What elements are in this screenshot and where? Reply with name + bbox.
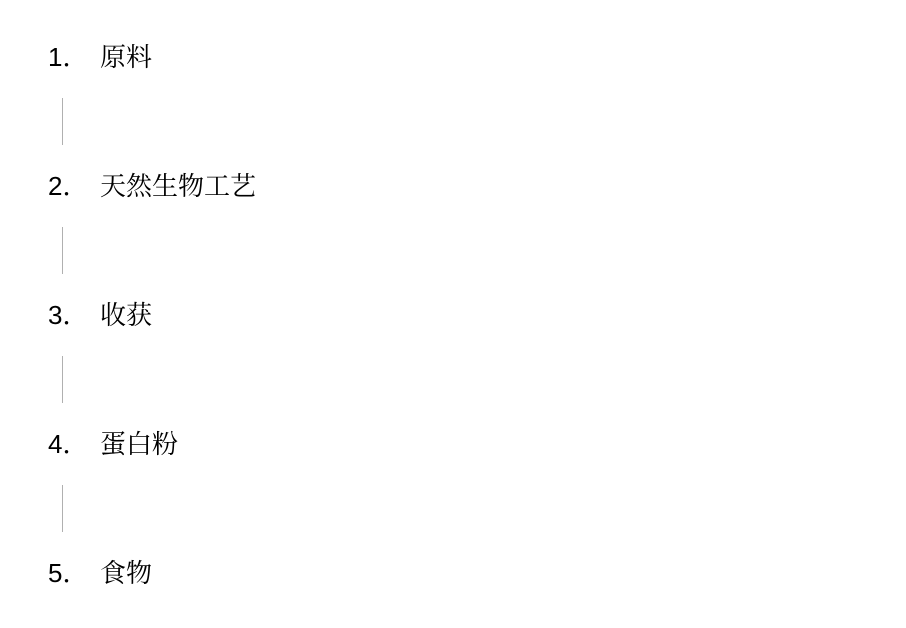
step-number: 2． (48, 168, 100, 204)
step-number: 1． (48, 39, 100, 75)
flow-step-1: 1． 原料 (48, 39, 906, 75)
step-label: 天然生物工艺 (100, 168, 256, 204)
flow-step-4: 4． 蛋白粉 (48, 426, 906, 462)
connector-line (62, 98, 63, 145)
step-number: 4． (48, 426, 100, 462)
step-label: 食物 (100, 555, 152, 591)
step-number: 5． (48, 555, 100, 591)
step-number: 3． (48, 297, 100, 333)
flow-step-5: 5． 食物 (48, 555, 906, 591)
flow-step-3: 3． 收获 (48, 297, 906, 333)
flow-step-2: 2． 天然生物工艺 (48, 168, 906, 204)
connector-line (62, 227, 63, 274)
step-label: 蛋白粉 (100, 426, 178, 462)
connector-line (62, 356, 63, 403)
connector-line (62, 485, 63, 532)
step-label: 原料 (100, 39, 152, 75)
step-label: 收获 (100, 297, 152, 333)
process-flow: 1． 原料 2． 天然生物工艺 3． 收获 4． 蛋白粉 5． 食物 (0, 0, 906, 591)
